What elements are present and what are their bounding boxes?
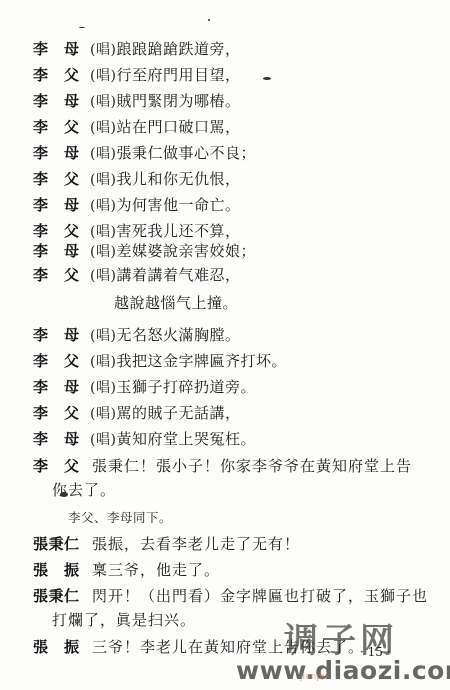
stage-direction: 李父、李母同下。 bbox=[68, 507, 172, 529]
speaker-label: 李 母 bbox=[33, 90, 80, 112]
sung-marker: (唱) bbox=[90, 146, 116, 162]
speaker-label: 李 父 bbox=[33, 402, 80, 424]
speaker-label: 李 父 bbox=[33, 168, 80, 190]
speaker-label: 李 父 bbox=[33, 264, 80, 286]
dialogue-text: 稟三爷，他走了。 bbox=[92, 559, 220, 581]
scan-speck bbox=[79, 27, 85, 28]
sung-marker: (唱) bbox=[90, 328, 116, 344]
lyric-text: 駡的賊子无話講， bbox=[116, 404, 240, 422]
lyric-text: 无名怒火滿胸膛。 bbox=[116, 326, 240, 344]
speaker-label: 李 父 bbox=[33, 220, 80, 242]
speaker-label: 李 母 bbox=[33, 376, 80, 398]
sung-marker: (唱) bbox=[90, 406, 116, 422]
lyric-text: 黃知府堂上哭冤枉。 bbox=[116, 430, 256, 448]
lyric-text: 害死我儿还不算， bbox=[116, 222, 240, 240]
scan-speck bbox=[263, 77, 271, 80]
watermark-url: www.diaozi.com bbox=[236, 656, 450, 685]
sung-marker: (唱) bbox=[90, 380, 116, 396]
sung-marker: (唱) bbox=[90, 244, 116, 260]
speaker-label: 張 振 bbox=[33, 636, 80, 658]
speaker-label: 李 母 bbox=[33, 428, 80, 450]
document-page: 李 母 (唱)踉踉蹌蹌跌道旁， 李 父 (唱)行至府門用目望， 李 母 (唱)賊… bbox=[0, 0, 450, 690]
speaker-label: 李 母 bbox=[33, 38, 80, 60]
lyric-text: 站在門口破口駡， bbox=[116, 118, 240, 136]
lyric-text: 我把这金字牌匾齐打坏。 bbox=[116, 352, 287, 370]
speaker-label: 李 父 bbox=[33, 116, 80, 138]
speaker-label: 李 母 bbox=[33, 324, 80, 346]
sung-marker: (唱) bbox=[90, 268, 116, 284]
lyric-text: 賊門緊閉为哪樁。 bbox=[116, 92, 240, 110]
sung-marker: (唱) bbox=[90, 198, 116, 214]
sung-marker: (唱) bbox=[90, 94, 116, 110]
speaker-label: 張秉仁 bbox=[33, 533, 80, 555]
sung-marker: (唱) bbox=[90, 68, 116, 84]
lyric-text: 我儿和你无仇恨， bbox=[116, 170, 240, 188]
lyric-text: 講着講着气难忍， bbox=[116, 266, 240, 284]
scan-speck bbox=[208, 19, 210, 21]
speaker-label: 李 母 bbox=[33, 240, 80, 262]
speaker-label: 張 振 bbox=[33, 559, 80, 581]
sung-marker: (唱) bbox=[90, 172, 116, 188]
speaker-label: 李 父 bbox=[33, 350, 80, 372]
dialogue-continuation: 你去了。 bbox=[52, 479, 116, 501]
scan-speck bbox=[60, 492, 68, 497]
dialogue-continuation: 打爛了，眞是扫兴。 bbox=[52, 609, 196, 631]
lyric-continuation: 越說越惱气上撞。 bbox=[114, 292, 238, 314]
dialogue-text: 張秉仁！張小子！你家李爷爷在黃知府堂上告 bbox=[92, 455, 412, 477]
speaker-label: 李 父 bbox=[33, 455, 80, 477]
sung-marker: (唱) bbox=[90, 354, 116, 370]
dialogue-text: 閃开！（出門看）金字牌匾也打破了，玉獅子也 bbox=[92, 585, 428, 607]
watermark-sub-text: jianpu bbox=[300, 672, 328, 682]
sung-marker: (唱) bbox=[90, 432, 116, 448]
lyric-text: 張秉仁做事心不良； bbox=[116, 144, 256, 162]
speaker-label: 李 母 bbox=[33, 194, 80, 216]
dialogue-text: 張振，去看李老儿走了无有！ bbox=[92, 533, 300, 555]
speaker-label: 李 母 bbox=[33, 142, 80, 164]
lyric-text: 玉獅子打碎扔道旁。 bbox=[116, 378, 256, 396]
sung-marker: (唱) bbox=[90, 224, 116, 240]
sung-marker: (唱) bbox=[90, 42, 116, 58]
speaker-label: 張秉仁 bbox=[33, 585, 80, 607]
lyric-text: 踉踉蹌蹌跌道旁， bbox=[116, 40, 240, 58]
lyric-text: 行至府門用目望， bbox=[116, 66, 240, 84]
lyric-text: 为何害他一命亡。 bbox=[116, 196, 240, 214]
speaker-label: 李 父 bbox=[33, 64, 80, 86]
lyric-text: 差媒婆說亲害姣娘； bbox=[116, 242, 256, 260]
sung-marker: (唱) bbox=[90, 120, 116, 136]
